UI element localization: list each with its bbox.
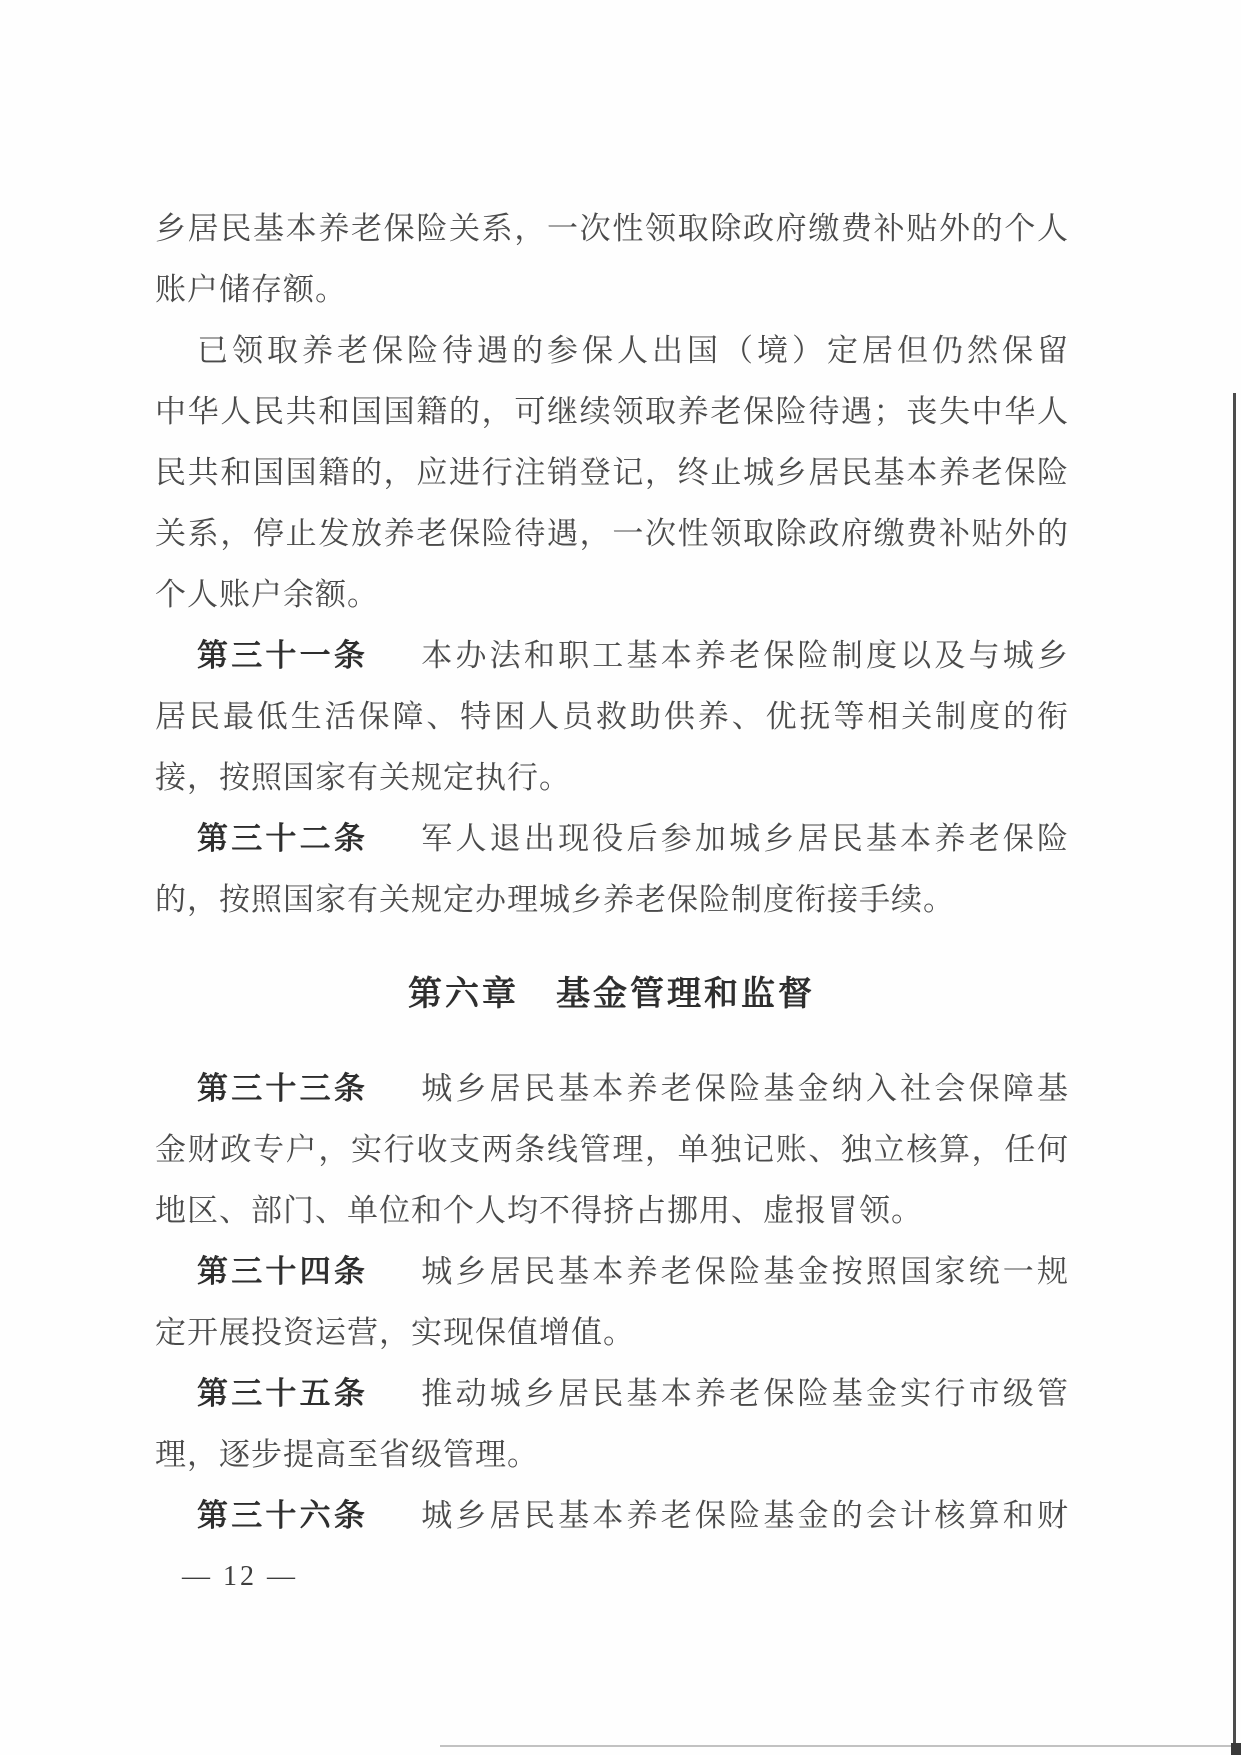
document-body: 乡居民基本养老保险关系，一次性领取除政府缴费补贴外的个人账户储存额。已领取养老保… — [155, 198, 1068, 1546]
body-line: 中华人民共和国国籍的，可继续领取养老保险待遇；丧失中华人 — [155, 381, 1068, 442]
scan-artifact-corner-mark — [1231, 1743, 1241, 1755]
article-line: 第三十四条城乡居民基本养老保险基金按照国家统一规 — [155, 1241, 1068, 1302]
article-number: 第三十六条 — [197, 1498, 368, 1533]
document-page: 乡居民基本养老保险关系，一次性领取除政府缴费补贴外的个人账户储存额。已领取养老保… — [0, 0, 1241, 1755]
line-text: 推动城乡居民基本养老保险基金实行市级管 — [418, 1376, 1068, 1411]
line-text: 本办法和职工基本养老保险制度以及与城乡 — [418, 638, 1068, 673]
page-number: — 12 — — [182, 1560, 298, 1594]
body-line: 已领取养老保险待遇的参保人出国（境）定居但仍然保留 — [155, 320, 1068, 381]
article-line: 第三十三条城乡居民基本养老保险基金纳入社会保障基 — [155, 1058, 1068, 1119]
article-line: 第三十六条城乡居民基本养老保险基金的会计核算和财 — [155, 1485, 1068, 1546]
scan-artifact-vertical-line — [1233, 393, 1236, 1755]
article-number: 第三十四条 — [197, 1254, 368, 1289]
scan-artifact-bottom-line — [440, 1745, 1241, 1747]
article-number: 第三十五条 — [197, 1376, 368, 1411]
line-text: 城乡居民基本养老保险基金纳入社会保障基 — [418, 1071, 1068, 1106]
line-text: 军人退出现役后参加城乡居民基本养老保险 — [418, 821, 1068, 856]
body-line: 账户储存额。 — [155, 259, 1068, 320]
body-line: 金财政专户，实行收支两条线管理，单独记账、独立核算，任何 — [155, 1119, 1068, 1180]
body-line: 居民最低生活保障、特困人员救助供养、优抚等相关制度的衔 — [155, 686, 1068, 747]
body-line: 地区、部门、单位和个人均不得挤占挪用、虚报冒领。 — [155, 1180, 1068, 1241]
article-line: 第三十五条推动城乡居民基本养老保险基金实行市级管 — [155, 1363, 1068, 1424]
body-line: 定开展投资运营，实现保值增值。 — [155, 1302, 1068, 1363]
line-text: 城乡居民基本养老保险基金的会计核算和财 — [418, 1498, 1068, 1533]
body-line: 接，按照国家有关规定执行。 — [155, 747, 1068, 808]
line-text: 城乡居民基本养老保险基金按照国家统一规 — [418, 1254, 1068, 1289]
body-line: 的，按照国家有关规定办理城乡养老保险制度衔接手续。 — [155, 869, 1068, 930]
article-number: 第三十二条 — [197, 821, 368, 856]
body-line: 个人账户余额。 — [155, 564, 1068, 625]
body-line: 乡居民基本养老保险关系，一次性领取除政府缴费补贴外的个人 — [155, 198, 1068, 259]
body-line: 理，逐步提高至省级管理。 — [155, 1424, 1068, 1485]
body-line: 关系，停止发放养老保险待遇，一次性领取除政府缴费补贴外的 — [155, 503, 1068, 564]
article-line: 第三十二条军人退出现役后参加城乡居民基本养老保险 — [155, 808, 1068, 869]
body-line: 民共和国国籍的，应进行注销登记，终止城乡居民基本养老保险 — [155, 442, 1068, 503]
article-line: 第三十一条本办法和职工基本养老保险制度以及与城乡 — [155, 625, 1068, 686]
article-number: 第三十三条 — [197, 1071, 368, 1106]
chapter-heading: 第六章 基金管理和监督 — [155, 964, 1068, 1025]
article-number: 第三十一条 — [197, 638, 368, 673]
